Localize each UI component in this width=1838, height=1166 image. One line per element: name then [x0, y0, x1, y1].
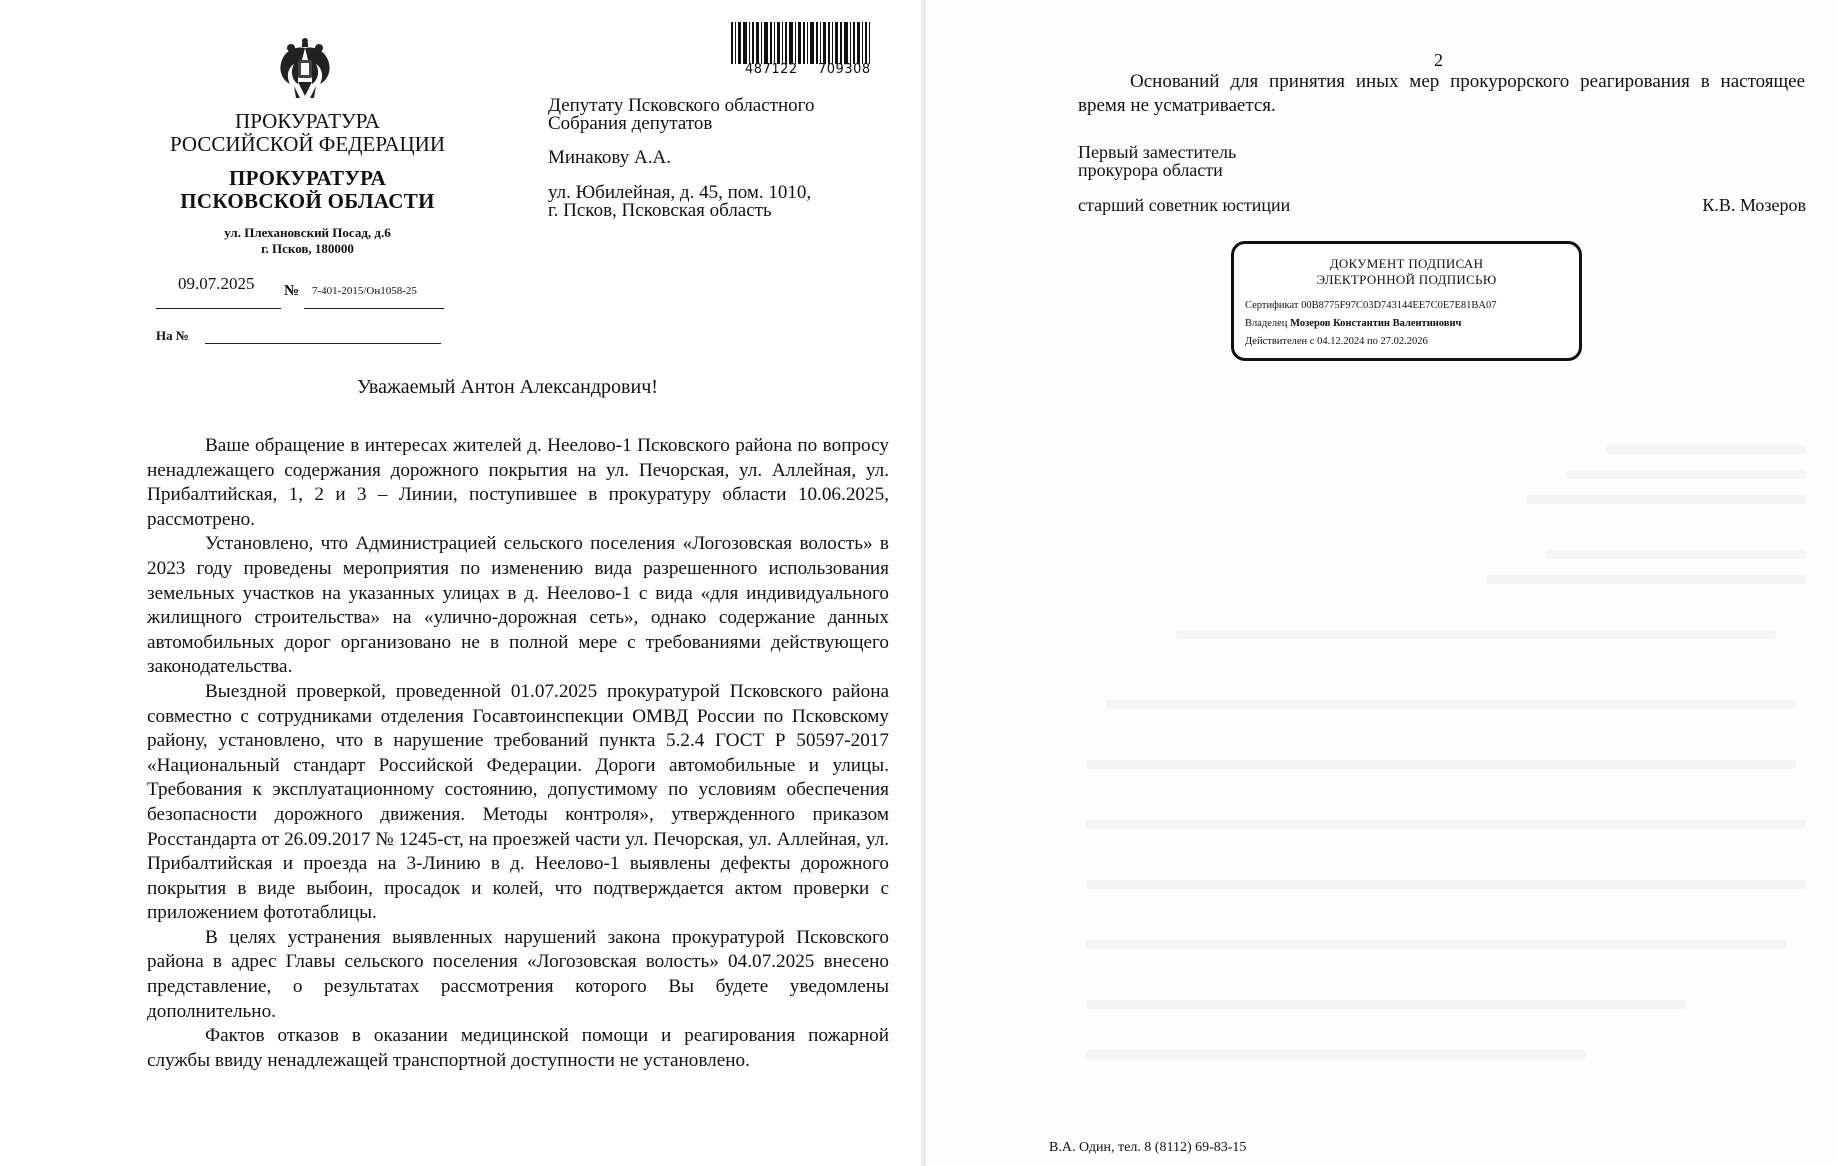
paragraph: Выездной проверкой, проведенной 01.07.20… — [147, 680, 889, 926]
bleed-through-text — [1176, 630, 1776, 639]
greeting: Уважаемый Антон Александрович! — [357, 376, 658, 399]
barcode-digits-right: 709308 — [818, 62, 871, 77]
bleed-through-text — [1086, 1000, 1686, 1009]
bleed-through-text — [1086, 760, 1796, 769]
electronic-signature-stamp: ДОКУМЕНТ ПОДПИСАН ЭЛЕКТРОННОЙ ПОДПИСЬЮ С… — [1231, 241, 1582, 361]
signer-title-line2: прокурора области — [1078, 160, 1223, 180]
valid-label: Действителен — [1245, 336, 1307, 347]
addressee-line2: Собрания депутатов — [548, 114, 712, 133]
bleed-through-text — [1566, 470, 1806, 479]
coat-of-arms-icon — [274, 36, 336, 102]
letter-date: 09.07.2025 — [178, 274, 255, 294]
owner-value: Мозеров Константин Валентинович — [1290, 318, 1461, 329]
org-address-line2: г. Псков, 180000 — [150, 240, 465, 257]
bleed-through-text — [1086, 820, 1806, 829]
stamp-title-line2: ЭЛЕКТРОННОЙ ПОДПИСЬЮ — [1234, 272, 1579, 288]
bleed-through-text — [1086, 880, 1806, 889]
stamp-title: ДОКУМЕНТ ПОДПИСАН ЭЛЕКТРОННОЙ ПОДПИСЬЮ — [1234, 256, 1579, 288]
letter-page-1: ПРОКУРАТУРА РОССИЙСКОЙ ФЕДЕРАЦИИ ПРОКУРА… — [0, 0, 922, 1166]
signer-name: К.В. Мозеров — [1702, 195, 1806, 216]
valid-to-label: по — [1367, 336, 1378, 347]
signer-title-line1: Первый заместитель — [1078, 142, 1236, 162]
letter-body: Ваше обращение в интересах жителей д. Не… — [147, 434, 889, 1073]
stamp-title-line1: ДОКУМЕНТ ПОДПИСАН — [1234, 256, 1579, 272]
paragraph: Оснований для принятия иных мер прокурор… — [1078, 70, 1805, 118]
owner-label: Владелец — [1245, 318, 1287, 329]
bleed-through-text — [1606, 445, 1806, 454]
bleed-through-text — [1546, 550, 1806, 559]
stamp-owner: Владелец Мозеров Константин Валентинович — [1245, 318, 1461, 329]
page-number: 2 — [1434, 50, 1443, 71]
reply-to-label: На № — [156, 328, 189, 344]
certificate-value: 00B8775F97C03D743144EE7C0E7E81BA07 — [1301, 300, 1496, 311]
org-name-line1: ПРОКУРАТУРА — [150, 110, 465, 133]
executor-contact: В.А. Один, тел. 8 (8112) 69-83-15 — [1049, 1140, 1246, 1156]
letter-number: 7-401-2015/Он1058-25 — [312, 285, 417, 297]
date-underline — [156, 308, 281, 309]
letter-page-2 — [926, 0, 1838, 1166]
paragraph: Установлено, что Администрацией сельског… — [147, 532, 889, 680]
number-underline — [304, 308, 444, 309]
bleed-through-text — [1526, 495, 1806, 504]
org-address-line1: ул. Плехановский Посад, д.6 — [150, 224, 465, 241]
org-subname-line1: ПРОКУРАТУРА — [150, 167, 465, 190]
valid-from-label: с — [1310, 336, 1315, 347]
letter-body-page2: Оснований для принятия иных мер прокурор… — [1078, 70, 1805, 118]
valid-from-value: 04.12.2024 — [1317, 336, 1364, 347]
bleed-through-text — [1106, 700, 1796, 709]
valid-to-value: 27.02.2026 — [1380, 336, 1427, 347]
stamp-certificate: Сертификат 00B8775F97C03D743144EE7C0E7E8… — [1245, 300, 1497, 311]
bleed-through-text — [1486, 575, 1806, 584]
number-label: № — [284, 283, 299, 300]
stamp-validity: Действителен с 04.12.2024 по 27.02.2026 — [1245, 336, 1428, 347]
signer-rank: старший советник юстиции — [1078, 195, 1290, 215]
certificate-label: Сертификат — [1245, 300, 1298, 311]
addressee-address-line2: г. Псков, Псковская область — [548, 201, 772, 220]
paragraph: Фактов отказов в оказании медицинской по… — [147, 1024, 889, 1073]
bleed-through-text — [1086, 1050, 1586, 1059]
paragraph: Ваше обращение в интересах жителей д. Не… — [147, 434, 889, 532]
reply-to-underline — [205, 343, 441, 344]
paragraph: В целях устранения выявленных нарушений … — [147, 926, 889, 1024]
addressee-name: Минакову А.А. — [548, 148, 671, 167]
org-subname-line2: ПСКОВСКОЙ ОБЛАСТИ — [150, 190, 465, 213]
org-name-line2: РОССИЙСКОЙ ФЕДЕРАЦИИ — [150, 133, 465, 156]
bleed-through-text — [1086, 940, 1786, 949]
barcode-digits-left: 487122 — [745, 62, 798, 77]
barcode — [731, 22, 891, 64]
